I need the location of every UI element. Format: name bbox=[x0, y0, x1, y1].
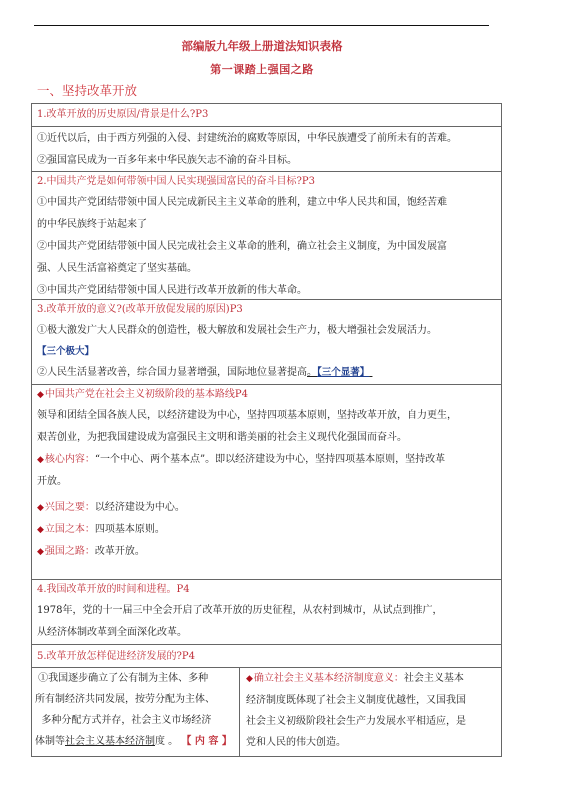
q5-answer: ①我国逐步确立了公有制为主体、多种 所有制经济共同发展，按劳分配为主体、 多种分… bbox=[32, 667, 501, 756]
diamond-bullet-icon: ◆ bbox=[246, 674, 253, 684]
q2-block: 2.中国共产党是如何带领中国人民实现强国富民的奋斗目标?P3 ①中国共产党团结带… bbox=[32, 171, 501, 299]
q4-line-1: 1978年，党的十一届三中全会开启了改革开放的历史征程，从农村到城市，从试点到推… bbox=[37, 600, 496, 622]
q5-left-pre: 体制等 bbox=[35, 736, 65, 747]
q5-question: 5.改革开放怎样促进经济发展的?P4 bbox=[32, 644, 501, 667]
q5-right-cell: ◆确立社会主义基本经济制度意义：社会主义基本 经济制度既体现了社会主义制度优越性… bbox=[240, 668, 501, 756]
core-content-text: “一个中心、两个基本点”。即以经济建设为中心，坚持四项基本原则，坚持改革 bbox=[95, 454, 445, 465]
q3-line-2-punct: 。 bbox=[307, 367, 317, 378]
diamond-bullet-icon: ◆ bbox=[37, 547, 44, 557]
q3-line-2: ②人民生活显著改善，综合国力显著增强，国际地位显著提高。【三个显著】 bbox=[37, 362, 496, 384]
q5-right-line-4: 党和人民的伟大创造。 bbox=[246, 732, 495, 753]
diamond-bullet-icon: ◆ bbox=[37, 455, 44, 465]
point-label: 兴国之要： bbox=[45, 502, 95, 513]
core-content-label: 核心内容： bbox=[45, 454, 95, 465]
q3-tag-three-significant: 【三个显著】 bbox=[317, 367, 369, 378]
q5-left-line-4: 体制等社会主义基本经济制度 。 【 内 容 】 bbox=[35, 731, 236, 752]
basic-line-heading-text: 中国共产党在社会主义初级阶段的基本路线P4 bbox=[45, 389, 248, 400]
knowledge-table: 1.改革开放的历史原因/背景是什么?P3 ①近代以后，由于西方列强的入侵、封建统… bbox=[31, 103, 502, 757]
q3-block: 3.改革开放的意义?(改革开放促发展的原因)P3 ①极大激发广大人民群众的创造性… bbox=[32, 299, 501, 384]
q2-question: 2.中国共产党是如何带领中国人民实现强国富民的奋斗目标?P3 bbox=[37, 172, 496, 192]
q5-left-cell: ①我国逐步确立了公有制为主体、多种 所有制经济共同发展，按劳分配为主体、 多种分… bbox=[32, 668, 240, 756]
q1-line-1: ①近代以后，由于西方列强的入侵、封建统治的腐败等原因，中华民族遭受了前所未有的苦… bbox=[37, 128, 496, 150]
q5-right-text-first: 社会主义基本 bbox=[404, 673, 464, 684]
point-label: 强国之路： bbox=[45, 546, 95, 557]
diamond-bullet-icon: ◆ bbox=[37, 503, 44, 513]
q5-right-line-3: 社会主义初级阶段社会生产力发展水平相适应，是 bbox=[246, 711, 495, 732]
basic-line-line-1: 领导和团结全国各族人民，以经济建设为中心，坚持四项基本原则，坚持改革开放，自力更… bbox=[37, 405, 496, 427]
q5-content-tag: 【 内 容 】 bbox=[181, 736, 231, 747]
q2-line-4: 强、人民生活富裕奠定了坚实基础。 bbox=[37, 258, 496, 280]
q2-line-2: 的中华民族终于站起来了 bbox=[37, 214, 496, 236]
q2-line-1: ①中国共产党团结带领中国人民完成新民主主义革命的胜利，建立中华人民共和国，饱经苦… bbox=[37, 192, 496, 214]
diamond-bullet-icon: ◆ bbox=[37, 390, 44, 400]
q5-right-line-1: ◆确立社会主义基本经济制度意义：社会主义基本 bbox=[246, 668, 495, 690]
point-text: 改革开放。 bbox=[95, 546, 145, 557]
core-content-line-1: ◆核心内容：“一个中心、两个基本点”。即以经济建设为中心，坚持四项基本原则，坚持… bbox=[37, 449, 496, 471]
q3-line-2-text: ②人民生活显著改善，综合国力显著增强，国际地位显著提高 bbox=[37, 367, 307, 378]
basic-line-block: ◆中国共产党在社会主义初级阶段的基本路线P4 领导和团结全国各族人民，以经济建设… bbox=[32, 384, 501, 579]
q1-answer: ①近代以后，由于西方列强的入侵、封建统治的腐败等原因，中华民族遭受了前所未有的苦… bbox=[32, 126, 501, 171]
q3-line-1: ①极大激发广大人民群众的创造性，极大解放和发展社会生产力，极大增强社会发展活力。 bbox=[37, 320, 496, 342]
q5-left-underlined: 社会主义基本经济制 bbox=[65, 736, 155, 747]
q5-left-post: 度 。 bbox=[155, 736, 178, 747]
point-label: 立国之本： bbox=[45, 524, 95, 535]
q5-question-text: 5.改革开放怎样促进经济发展的?P4 bbox=[37, 651, 195, 662]
q5-right-line-2: 经济制度既体现了社会主义制度优越性，又国我国 bbox=[246, 690, 495, 711]
q4-block: 4.我国改革开放的时间和进程。P4 1978年，党的十一届三中全会开启了改革开放… bbox=[32, 579, 501, 644]
q5-right-label: 确立社会主义基本经济制度意义： bbox=[254, 673, 404, 684]
lesson-title: 第一课踏上强国之路 bbox=[0, 61, 524, 77]
point-foundation: ◆立国之本：四项基本原则。 bbox=[37, 519, 496, 541]
point-strong-nation-road: ◆强国之路：改革开放。 bbox=[37, 541, 496, 563]
point-prosper-nation: ◆兴国之要：以经济建设为中心。 bbox=[37, 497, 496, 519]
section-heading: 一、坚持改革开放 bbox=[37, 81, 137, 99]
diamond-bullet-icon: ◆ bbox=[37, 525, 44, 535]
q2-line-3: ②中国共产党团结带领中国人民完成社会主义革命的胜利，确立社会主义制度，为中国发展… bbox=[37, 236, 496, 258]
core-content-line-2: 开放。 bbox=[37, 471, 496, 493]
point-text: 以经济建设为中心。 bbox=[95, 502, 185, 513]
basic-line-line-2: 艰苦创业，为把我国建设成为富强民主文明和谐美丽的社会主义现代化强国而奋斗。 bbox=[37, 427, 496, 449]
q5-left-line-2: 所有制经济共同发展，按劳分配为主体、 bbox=[35, 689, 236, 710]
q1-line-2: ②强国富民成为一百多年来中华民族矢志不渝的奋斗目标。 bbox=[37, 150, 496, 172]
q3-question: 3.改革开放的意义?(改革开放促发展的原因)P3 bbox=[37, 300, 496, 320]
q3-tag-three-great: 【三个极大】 bbox=[37, 346, 94, 357]
q1-question: 1.改革开放的历史原因/背景是什么?P3 bbox=[32, 104, 501, 126]
q5-left-line-1: ①我国逐步确立了公有制为主体、多种 bbox=[35, 668, 236, 689]
q1-question-text: 1.改革开放的历史原因/背景是什么?P3 bbox=[37, 109, 208, 120]
q5-left-line-3: 多种分配方式并存，社会主义市场经济 bbox=[35, 710, 236, 731]
q4-line-2: 从经济体制改革到全面深化改革。 bbox=[37, 622, 496, 644]
q4-question: 4.我国改革开放的时间和进程。P4 bbox=[37, 580, 496, 600]
point-text: 四项基本原则。 bbox=[95, 524, 165, 535]
document-title: 部编版九年级上册道法知识表格 bbox=[0, 38, 524, 54]
header-rule bbox=[34, 25, 489, 26]
basic-line-heading: ◆中国共产党在社会主义初级阶段的基本路线P4 bbox=[37, 385, 496, 405]
